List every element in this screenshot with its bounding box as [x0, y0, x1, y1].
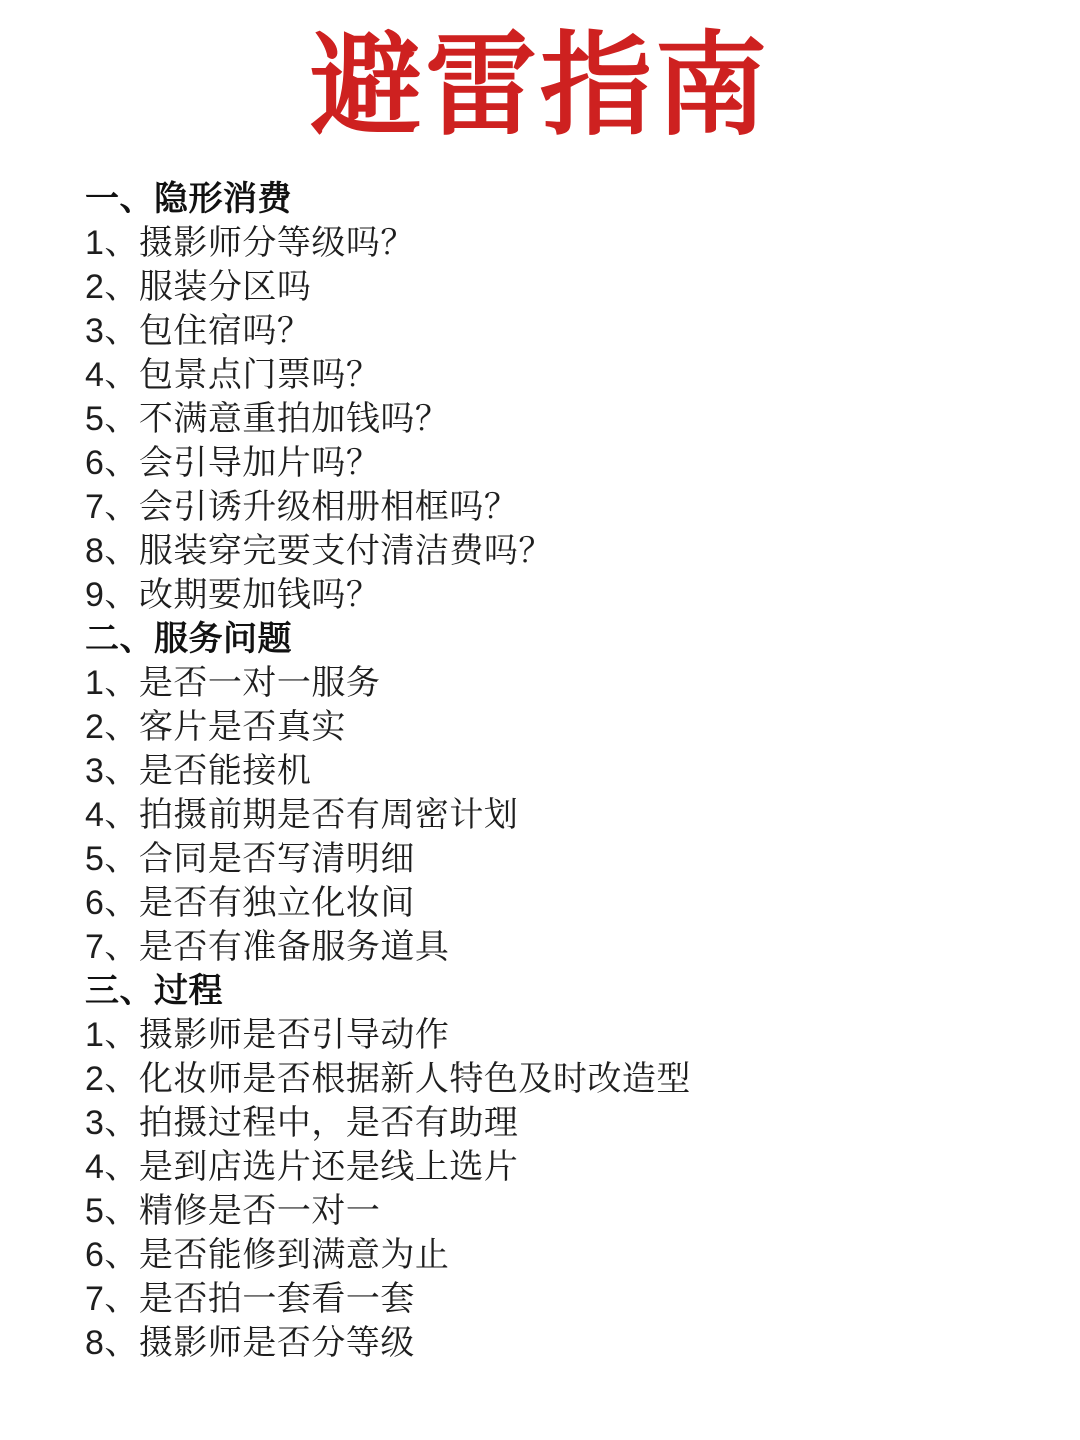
- page-title: 避雷指南: [0, 0, 1080, 151]
- list-item: 3、拍摄过程中，是否有助理: [85, 1101, 1040, 1145]
- section-heading: 一、隐形消费: [85, 177, 1040, 221]
- list-item: 5、合同是否写清明细: [85, 837, 1040, 881]
- section-heading: 三、过程: [85, 969, 1040, 1013]
- list-item: 8、服装穿完要支付清洁费吗？: [85, 529, 1040, 573]
- list-item: 7、是否拍一套看一套: [85, 1277, 1040, 1321]
- list-item: 4、拍摄前期是否有周密计划: [85, 793, 1040, 837]
- section-service-issues: 二、服务问题 1、是否一对一服务 2、客片是否真实 3、是否能接机 4、拍摄前期…: [85, 617, 1040, 969]
- list-item: 9、改期要加钱吗？: [85, 573, 1040, 617]
- section-hidden-costs: 一、隐形消费 1、摄影师分等级吗？ 2、服装分区吗 3、包住宿吗？ 4、包景点门…: [85, 177, 1040, 617]
- list-item: 8、摄影师是否分等级: [85, 1321, 1040, 1365]
- list-item: 1、摄影师是否引导动作: [85, 1013, 1040, 1057]
- list-item: 1、是否一对一服务: [85, 661, 1040, 705]
- poster-page: 避雷指南 一、隐形消费 1、摄影师分等级吗？ 2、服装分区吗 3、包住宿吗？ 4…: [0, 0, 1080, 1440]
- list-item: 2、服装分区吗: [85, 265, 1040, 309]
- list-item: 4、包景点门票吗？: [85, 353, 1040, 397]
- list-item: 6、是否有独立化妆间: [85, 881, 1040, 925]
- list-item: 5、精修是否一对一: [85, 1189, 1040, 1233]
- list-item: 2、客片是否真实: [85, 705, 1040, 749]
- list-item: 3、包住宿吗？: [85, 309, 1040, 353]
- content-block: 一、隐形消费 1、摄影师分等级吗？ 2、服装分区吗 3、包住宿吗？ 4、包景点门…: [85, 177, 1080, 1365]
- list-item: 6、是否能修到满意为止: [85, 1233, 1040, 1277]
- list-item: 1、摄影师分等级吗？: [85, 221, 1040, 265]
- list-item: 7、是否有准备服务道具: [85, 925, 1040, 969]
- list-item: 3、是否能接机: [85, 749, 1040, 793]
- list-item: 5、不满意重拍加钱吗？: [85, 397, 1040, 441]
- section-process: 三、过程 1、摄影师是否引导动作 2、化妆师是否根据新人特色及时改造型 3、拍摄…: [85, 969, 1040, 1365]
- list-item: 4、是到店选片还是线上选片: [85, 1145, 1040, 1189]
- section-heading: 二、服务问题: [85, 617, 1040, 661]
- list-item: 6、会引导加片吗？: [85, 441, 1040, 485]
- list-item: 7、会引诱升级相册相框吗？: [85, 485, 1040, 529]
- list-item: 2、化妆师是否根据新人特色及时改造型: [85, 1057, 1040, 1101]
